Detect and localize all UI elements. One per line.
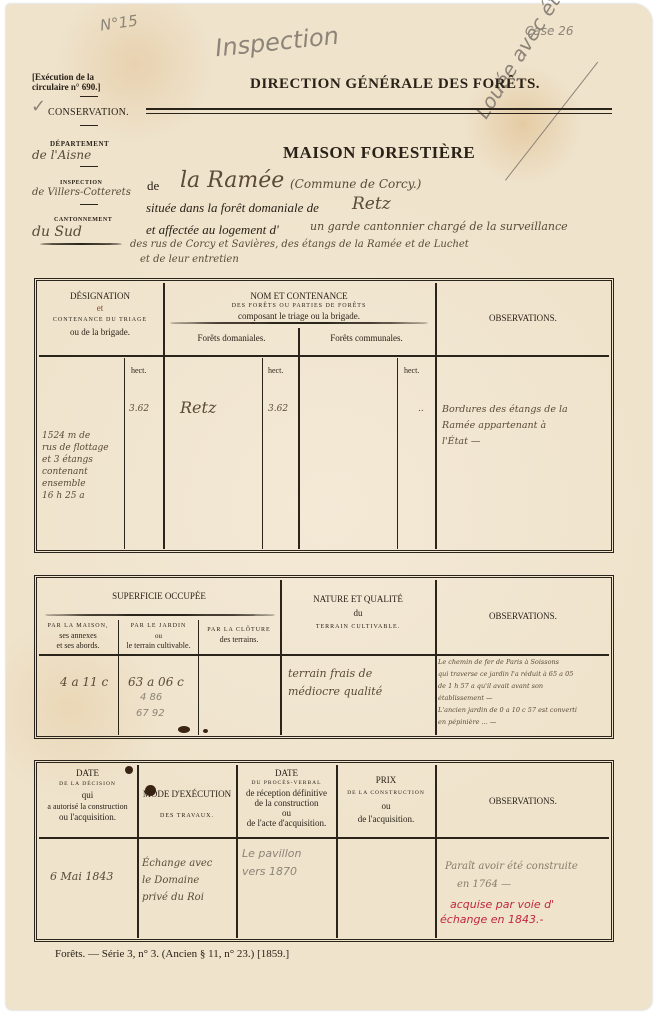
sub-domaniales-header: Forêts domaniales.	[165, 332, 298, 344]
col-date-pv-header: DATE DU PROCÈS-VERBAL de réception défin…	[238, 768, 335, 828]
ink-stain	[178, 726, 190, 733]
designation-hect: 3.62	[129, 404, 149, 414]
divider	[80, 125, 98, 126]
departement-label: DÉPARTEMENT	[50, 140, 109, 148]
ink-stain	[203, 729, 208, 733]
jardin-superficie-value: 63 a 06 c	[128, 675, 184, 689]
jardin-pencil-result: 67 92	[136, 708, 165, 719]
page-title: DIRECTION GÉNÉRALE DES FORÊTS.	[250, 76, 540, 93]
situee-label: située dans la forêt domaniale de	[146, 200, 319, 216]
affectation-line-1: un garde cantonnier chargé de la surveil…	[310, 220, 568, 233]
observations-value: Paraît avoir été construite en 1764 —	[445, 858, 610, 894]
designation-value: 1524 m de rus de flottage et 3 étangs co…	[42, 430, 126, 502]
col-observations-header: OBSERVATIONS.	[437, 610, 609, 622]
col-superficie-header: SUPERFICIE OCCUPÉE	[40, 590, 278, 602]
maison-name: la Ramée	[180, 168, 284, 193]
col-date-decision-header: DATE DE LA DÉCISION qui a autorisé la co…	[39, 768, 136, 823]
jardin-pencil-subtraction: 4 86	[140, 692, 162, 703]
sub-communales-header: Forêts communales.	[300, 332, 433, 344]
divider	[40, 243, 122, 245]
mode-value: Échange avec le Domaine privé du Roi	[142, 855, 234, 906]
domaniales-name: Retz	[180, 398, 216, 417]
maison-heading: MAISON FORESTIÈRE	[283, 143, 475, 163]
affectation-line-3: et de leur entretien	[140, 254, 239, 265]
observations-red-note: acquise par voie d' échange en 1843.-	[440, 897, 610, 927]
divider	[80, 96, 98, 97]
cantonnement-label: CANTONNEMENT	[54, 217, 112, 223]
title-rule	[146, 108, 612, 114]
de-label: de	[147, 178, 159, 194]
divider	[80, 204, 98, 205]
sub-cloture-header: PAR LA CLÔTURE des terrains.	[199, 625, 279, 645]
col-nature-header: NATURE ET QUALITÉ du TERRAIN CULTIVABLE.	[282, 592, 434, 634]
footer-series: Forêts. — Série 3, n° 3. (Ancien § 11, n…	[55, 948, 289, 960]
commune-value: (Commune de Corcy.)	[290, 177, 421, 191]
maison-superficie-value: 4 a 11 c	[60, 675, 108, 689]
domaniales-hect: 3.62	[268, 404, 288, 414]
nature-value: terrain frais de médiocre qualité	[288, 665, 428, 701]
col-observations-header: OBSERVATIONS.	[437, 312, 609, 324]
date-decision-value: 6 Mai 1843	[50, 870, 113, 883]
sub-jardin-header: PAR LE JARDIN ou le terrain cultivable.	[119, 621, 198, 651]
col-designation-header: DÉSIGNATION et CONTENANCE DU TRIAGE ou d…	[40, 290, 160, 338]
col-observations-header: OBSERVATIONS.	[437, 795, 609, 807]
foret-value: Retz	[352, 194, 391, 214]
affectee-label: et affectée au logement d'	[146, 222, 279, 238]
affectation-line-2: des rus de Corcy et Savières, des étangs…	[130, 239, 469, 250]
sub-maison-header: PAR LA MAISON, ses annexes et ses abords…	[40, 621, 116, 651]
unit-hect: hect.	[404, 366, 419, 375]
circular-note: [Exécution de la circulaire n° 690.]	[32, 72, 132, 92]
check-mark-icon: ✓	[31, 96, 46, 117]
departement-value: de l'Aisne	[32, 148, 91, 162]
unit-hect: hect.	[131, 366, 146, 375]
col-prix-header: PRIX DE LA CONSTRUCTION ou de l'acquisit…	[338, 774, 434, 826]
observations-value: Le chemin de fer de Paris à Soissons qui…	[438, 656, 610, 728]
col-mode-header: MODE D'EXÉCUTION DES TRAVAUX.	[139, 783, 235, 827]
cantonnement-value: du Sud	[32, 224, 82, 240]
observations-value: Bordures des étangs de la Ramée apparten…	[442, 402, 607, 450]
col-nom-header: NOM ET CONTENANCE DES FORÊTS OU PARTIES …	[165, 290, 433, 322]
conservation-label: CONSERVATION.	[48, 107, 129, 118]
communales-hect: ..	[418, 404, 424, 414]
inspection-value: de Villers-Cotterets	[32, 187, 131, 198]
divider	[80, 166, 98, 167]
inspection-label: INSPECTION	[60, 180, 102, 186]
date-pv-pencil-note: Le pavillon vers 1870	[242, 845, 302, 881]
unit-hect: hect.	[268, 366, 283, 375]
